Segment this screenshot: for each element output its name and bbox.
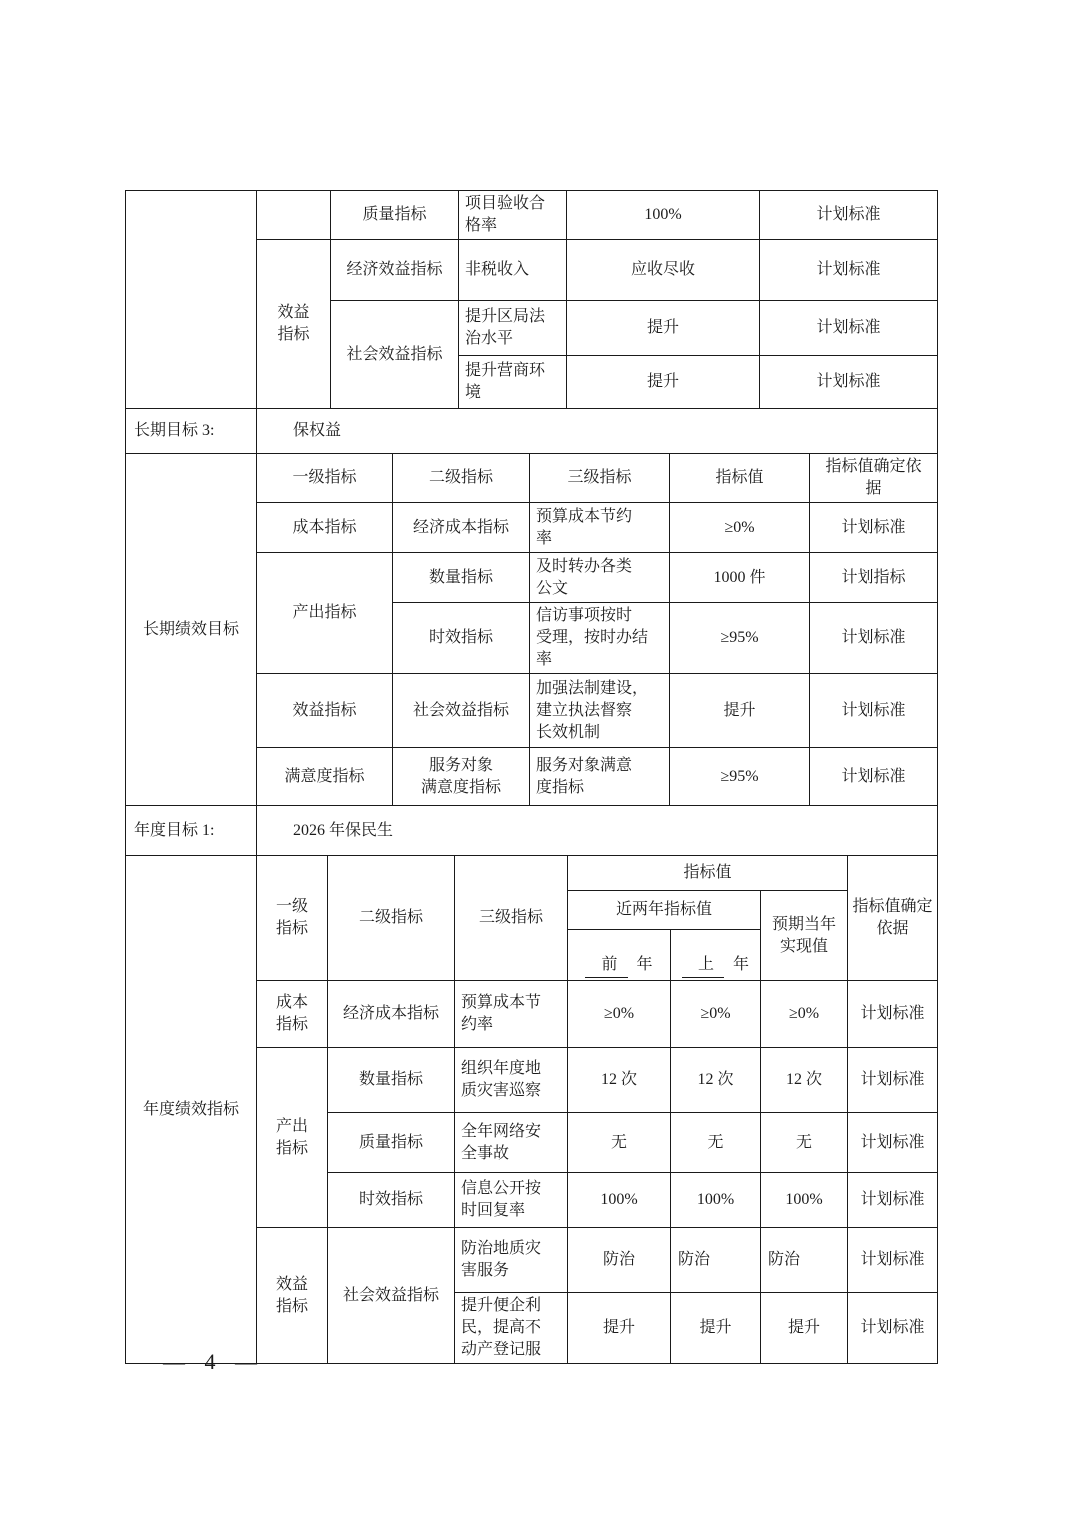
timeliness-expected-value-cell: 100% bbox=[761, 1173, 848, 1228]
benefit-value-cell: 提升 bbox=[670, 674, 810, 748]
longterm-goal-label-cell: 长期目标 3: bbox=[126, 409, 257, 454]
quality-level3-cell: 项目验收合 格率 bbox=[459, 191, 567, 240]
header-level3-cell: 三级指标 bbox=[455, 856, 568, 981]
timeliness-basis-cell: 计划标准 bbox=[810, 603, 938, 674]
timeliness-level2-cell: 时效指标 bbox=[328, 1173, 455, 1228]
cost-indicator-cell: 成本指标 bbox=[257, 503, 393, 553]
satisfaction-level2-cell: 服务对象 满意度指标 bbox=[393, 748, 530, 806]
satisfaction-basis-cell: 计划标准 bbox=[810, 748, 938, 806]
benefit-indicator-cell: 效益指标 bbox=[257, 674, 393, 748]
cost-level2-cell: 经济成本指标 bbox=[393, 503, 530, 553]
benefit-level2-cell: 社会效益指标 bbox=[393, 674, 530, 748]
satisfaction-level3-cell: 服务对象满意 度指标 bbox=[530, 748, 670, 806]
quantity-front-year-value-cell: 12 次 bbox=[568, 1048, 671, 1113]
cost-last-year-value-cell: ≥0% bbox=[671, 981, 761, 1048]
cost-level3-cell: 预算成本节 约率 bbox=[455, 981, 568, 1048]
cost-level2-cell: 经济成本指标 bbox=[328, 981, 455, 1048]
carryover-level1-empty-cell bbox=[257, 191, 331, 240]
quantity-basis-cell: 计划指标 bbox=[810, 553, 938, 603]
quantity-expected-value-cell: 12 次 bbox=[761, 1048, 848, 1113]
benefit-basis-cell: 计划标准 bbox=[810, 674, 938, 748]
header-level3-cell: 三级指标 bbox=[530, 454, 670, 503]
longterm-goal-value-cell: 保权益 bbox=[257, 409, 938, 454]
quantity-basis-cell: 计划标准 bbox=[848, 1048, 938, 1113]
quality-value-cell: 100% bbox=[567, 191, 760, 240]
timeliness-level2-cell: 时效指标 bbox=[393, 603, 530, 674]
economic-basis-cell: 计划标准 bbox=[760, 240, 938, 301]
benefit-level3-cell: 加强法制建设， 建立执法督察 长效机制 bbox=[530, 674, 670, 748]
timeliness-front-year-value-cell: 100% bbox=[568, 1173, 671, 1228]
output-indicator-group-cell: 产出指标 bbox=[257, 553, 393, 674]
social-benefit-group-cell: 社会效益指标 bbox=[331, 301, 459, 409]
quantity-level2-cell: 数量指标 bbox=[393, 553, 530, 603]
satisfaction-indicator-cell: 满意度指标 bbox=[257, 748, 393, 806]
last-year-label: 年 bbox=[733, 956, 749, 973]
quality-basis-cell: 计划标准 bbox=[848, 1113, 938, 1173]
prevention-basis-cell: 计划标准 bbox=[848, 1228, 938, 1293]
quality-level3-cell: 全年网络安 全事故 bbox=[455, 1113, 568, 1173]
economic-level3-cell: 非税收入 bbox=[459, 240, 567, 301]
law-basis-cell: 计划标准 bbox=[760, 301, 938, 356]
timeliness-basis-cell: 计划标准 bbox=[848, 1173, 938, 1228]
cost-basis-cell: 计划标准 bbox=[810, 503, 938, 553]
table-row: 年度目标 1: 2026 年保民生 bbox=[126, 806, 938, 856]
quantity-last-year-value-cell: 12 次 bbox=[671, 1048, 761, 1113]
cost-indicator-cell: 成本 指标 bbox=[257, 981, 328, 1048]
output-indicator-group-cell: 产出 指标 bbox=[257, 1048, 328, 1228]
timeliness-last-year-value-cell: 100% bbox=[671, 1173, 761, 1228]
header-basis-cell: 指标值确定 依据 bbox=[848, 856, 938, 981]
header-recent-two-years-cell: 近两年指标值 bbox=[568, 891, 761, 930]
last-year-blank-underline: 上 bbox=[682, 954, 724, 978]
quality-basis-cell: 计划标准 bbox=[760, 191, 938, 240]
carryover-side-empty-cell bbox=[126, 191, 257, 409]
economic-benefit-cell: 经济效益指标 bbox=[331, 240, 459, 301]
satisfaction-value-cell: ≥95% bbox=[670, 748, 810, 806]
header-front-year-cell: 前年 bbox=[568, 930, 671, 981]
improvement-last-year-value-cell: 提升 bbox=[671, 1293, 761, 1364]
quantity-level3-cell: 组织年度地 质灾害巡察 bbox=[455, 1048, 568, 1113]
cost-value-cell: ≥0% bbox=[670, 503, 810, 553]
cost-basis-cell: 计划标准 bbox=[848, 981, 938, 1048]
longterm-side-label-cell: 长期绩效目标 bbox=[126, 454, 257, 806]
improvement-front-year-value-cell: 提升 bbox=[568, 1293, 671, 1364]
improvement-expected-value-cell: 提升 bbox=[761, 1293, 848, 1364]
prevention-front-year-value-cell: 防治 bbox=[568, 1228, 671, 1293]
quality-front-year-value-cell: 无 bbox=[568, 1113, 671, 1173]
business-basis-cell: 计划标准 bbox=[760, 356, 938, 409]
header-value-group-cell: 指标值 bbox=[568, 856, 848, 891]
prevention-level3-cell: 防治地质灾 害服务 bbox=[455, 1228, 568, 1293]
quality-expected-value-cell: 无 bbox=[761, 1113, 848, 1173]
prevention-expected-value-cell: 防治 bbox=[761, 1228, 848, 1293]
quantity-value-cell: 1000 件 bbox=[670, 553, 810, 603]
law-level3-cell: 提升区局法 治水平 bbox=[459, 301, 567, 356]
performance-target-table: 质量指标 项目验收合 格率 100% 计划标准 效益 指标 经济效益指标 非税收… bbox=[125, 190, 937, 1364]
cost-level3-cell: 预算成本节约 率 bbox=[530, 503, 670, 553]
page-number: — 4 — bbox=[163, 1349, 257, 1375]
annual-performance-table: 年度绩效指标 一级 指标 二级指标 三级指标 指标值 指标值确定 依据 近两年指… bbox=[125, 855, 938, 1364]
header-basis-cell: 指标值确定依 据 bbox=[810, 454, 938, 503]
cost-expected-value-cell: ≥0% bbox=[761, 981, 848, 1048]
annual-goal-row: 年度目标 1: 2026 年保民生 bbox=[125, 805, 938, 856]
timeliness-level3-cell: 信访事项按时 受理，按时办结 率 bbox=[530, 603, 670, 674]
longterm-performance-table: 长期绩效目标 一级指标 二级指标 三级指标 指标值 指标值确定依 据 成本指标 … bbox=[125, 453, 938, 806]
business-level3-cell: 提升营商环 境 bbox=[459, 356, 567, 409]
longterm-goal-row: 长期目标 3: 保权益 bbox=[125, 408, 938, 454]
timeliness-level3-cell: 信息公开按 时回复率 bbox=[455, 1173, 568, 1228]
header-level1-cell: 一级指标 bbox=[257, 454, 393, 503]
economic-value-cell: 应收尽收 bbox=[567, 240, 760, 301]
header-level1-cell: 一级 指标 bbox=[257, 856, 328, 981]
social-benefit-group-cell: 社会效益指标 bbox=[328, 1228, 455, 1364]
quantity-level3-cell: 及时转办各类 公文 bbox=[530, 553, 670, 603]
table-row: 质量指标 项目验收合 格率 100% 计划标准 bbox=[126, 191, 938, 240]
annual-goal-label-cell: 年度目标 1: bbox=[126, 806, 257, 856]
carryover-indicator-table: 质量指标 项目验收合 格率 100% 计划标准 效益 指标 经济效益指标 非税收… bbox=[125, 190, 938, 409]
header-expected-cell: 预期当年 实现值 bbox=[761, 891, 848, 981]
quality-level2-cell: 质量指标 bbox=[328, 1113, 455, 1173]
quality-last-year-value-cell: 无 bbox=[671, 1113, 761, 1173]
table-row: 年度绩效指标 一级 指标 二级指标 三级指标 指标值 指标值确定 依据 bbox=[126, 856, 938, 891]
document-page: 质量指标 项目验收合 格率 100% 计划标准 效益 指标 经济效益指标 非税收… bbox=[0, 0, 1074, 1520]
business-value-cell: 提升 bbox=[567, 356, 760, 409]
improvement-level3-cell: 提升便企利 民，提高不 动产登记服 bbox=[455, 1293, 568, 1364]
front-year-label: 年 bbox=[637, 956, 653, 973]
benefit-indicator-group-cell: 效益 指标 bbox=[257, 240, 331, 409]
quality-indicator-cell: 质量指标 bbox=[331, 191, 459, 240]
prevention-last-year-value-cell: 防治 bbox=[671, 1228, 761, 1293]
annual-goal-value-cell: 2026 年保民生 bbox=[257, 806, 938, 856]
header-level2-cell: 二级指标 bbox=[393, 454, 530, 503]
front-year-blank-underline: 前 bbox=[585, 954, 627, 978]
quantity-level2-cell: 数量指标 bbox=[328, 1048, 455, 1113]
improvement-basis-cell: 计划标准 bbox=[848, 1293, 938, 1364]
table-row: 长期绩效目标 一级指标 二级指标 三级指标 指标值 指标值确定依 据 bbox=[126, 454, 938, 503]
annual-side-label-cell: 年度绩效指标 bbox=[126, 856, 257, 1364]
cost-front-year-value-cell: ≥0% bbox=[568, 981, 671, 1048]
timeliness-value-cell: ≥95% bbox=[670, 603, 810, 674]
header-last-year-cell: 上年 bbox=[671, 930, 761, 981]
law-value-cell: 提升 bbox=[567, 301, 760, 356]
header-level2-cell: 二级指标 bbox=[328, 856, 455, 981]
table-row: 长期目标 3: 保权益 bbox=[126, 409, 938, 454]
benefit-indicator-group-cell: 效益 指标 bbox=[257, 1228, 328, 1364]
header-value-cell: 指标值 bbox=[670, 454, 810, 503]
